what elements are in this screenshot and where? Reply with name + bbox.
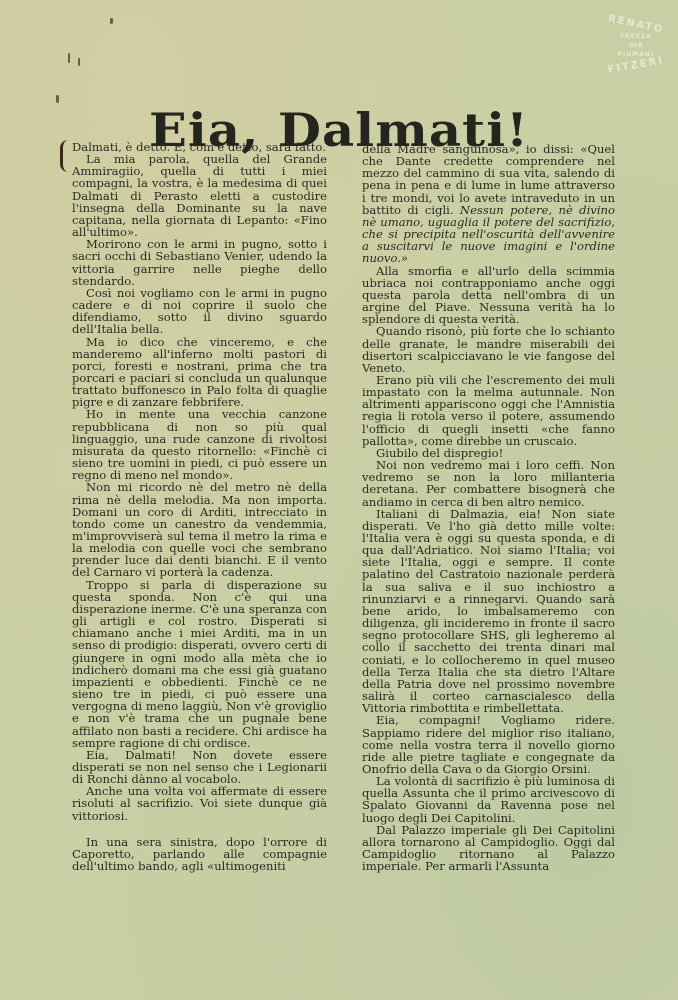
left-column: Dalmati, è detto. E, com'è detto, sarà f… — [72, 141, 327, 872]
stamp-line: GIA — [598, 41, 674, 50]
paragraph: Ma io dico che vinceremo, e che manderem… — [72, 336, 327, 409]
paper-stain — [110, 18, 113, 24]
paragraph: della Madre sanguinosa», io dissi: «Quel… — [362, 143, 615, 265]
paper-stain — [56, 95, 59, 103]
paper-stain — [78, 58, 80, 66]
paragraph: Troppo si parla di disperazione su quest… — [72, 579, 327, 749]
paragraph: Morirono con le armi in pugno, sotto i s… — [72, 238, 327, 287]
paragraph: Dal Palazzo imperiale gli Dei Capitolini… — [362, 824, 615, 873]
paragraph: Eia, compagni! Vogliamo ridere. Sappiamo… — [362, 714, 615, 775]
paragraph: La volontà di sacrifizio è più luminosa … — [362, 775, 615, 824]
right-column: della Madre sanguinosa», io dissi: «Quel… — [362, 143, 615, 872]
paragraph: Anche una volta voi affermate di essere … — [72, 785, 327, 821]
paragraph: Eia, Dalmati! Non dovete essere disperat… — [72, 749, 327, 785]
paragraph: Noi non vedremo mai i loro ceffi. Non ve… — [362, 459, 615, 508]
paper-stain — [68, 53, 70, 63]
paragraph: Non mi ricordo nè del metro nè della rim… — [72, 481, 327, 578]
paragraph: Erano più vili che l'escremento dei muli… — [362, 374, 615, 447]
paragraph: Così noi vogliamo con le armi in pugno c… — [72, 287, 327, 336]
paragraph: In una sera sinistra, dopo l'orrore di C… — [72, 836, 327, 872]
paragraph: La mia parola, quella del Grande Ammirag… — [72, 153, 327, 238]
paragraph: Italiani di Dalmazia, eia! Non siate dis… — [362, 508, 615, 715]
paragraph: Alla smorfia e all'urlo della scimmia ub… — [362, 265, 615, 326]
paragraph: Ho in mente una vecchia canzone repubbli… — [72, 408, 327, 481]
paragraph: Quando risonò, più forte che lo schianto… — [362, 325, 615, 374]
embossed-stamp: RENATO TREZZA GIA FIUMANI FITZERI — [598, 18, 674, 104]
